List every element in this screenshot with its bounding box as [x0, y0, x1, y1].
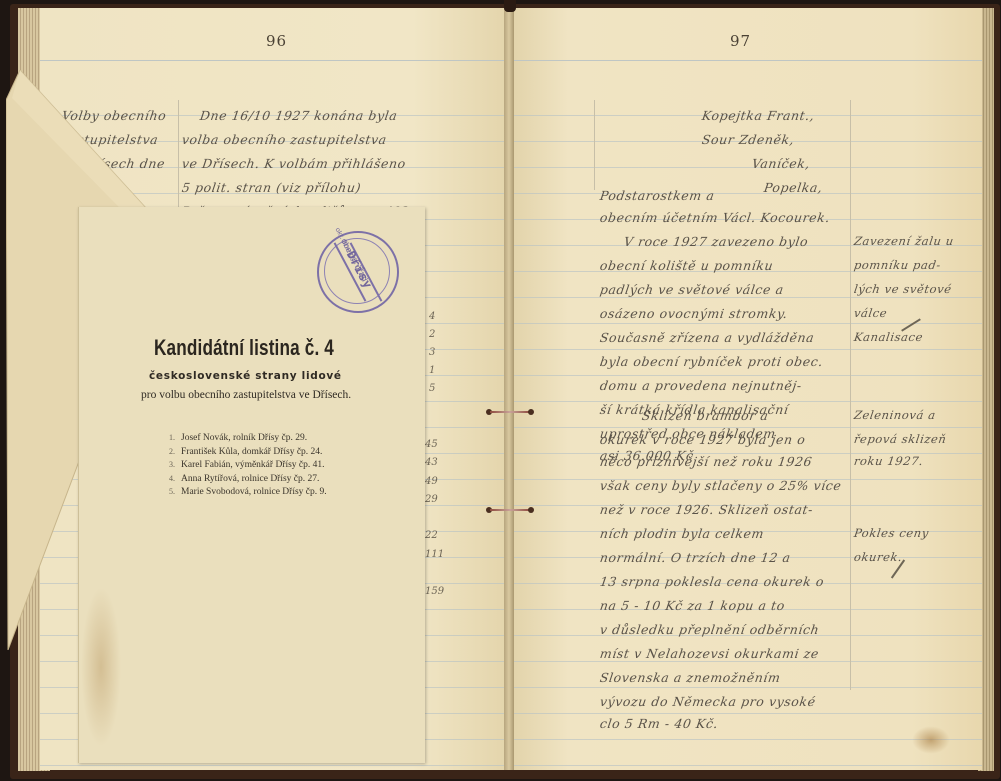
main-line: okurek v roce 1927 byla jen o — [599, 432, 807, 447]
side-note: Pokles ceny — [853, 526, 930, 540]
candidate-item: 3.Karel Fabián, výměnkář Dřísy čp. 41. — [169, 460, 327, 474]
main-line: vývozu do Německa pro vysoké — [599, 694, 817, 709]
column-number: 45 — [425, 439, 438, 450]
main-line: byla obecní rybníček proti obec. — [599, 354, 824, 369]
main-line: osázeno ovocnými stromky. — [599, 306, 789, 321]
main-line: v důsledku přeplnění odběrních — [599, 622, 820, 637]
main-line: Slovenska a znemožněním — [599, 670, 782, 685]
side-note: řepová sklizeň — [853, 432, 947, 446]
main-line: padlých ve světové válce a — [599, 282, 785, 297]
name-line: Vaníček, — [751, 156, 811, 171]
column-number: 1 — [429, 365, 435, 376]
candidate-item: 4.Anna Rytířová, rolnice Dřísy čp. 27. — [169, 474, 327, 488]
right-page: 97 Kopejtka Frant., Sour Zdeněk, Vaníček… — [512, 8, 982, 770]
main-line: domu a provedena nejnutněj- — [599, 378, 803, 393]
side-note: Zavezení žalu u — [853, 234, 955, 248]
page-number-left: 96 — [266, 32, 287, 50]
main-line: normální. O trzích dne 12 a — [599, 550, 792, 565]
candidate-list-leaflet: obecní úřad Dřísy okr. Brandýs n. L. Kan… — [78, 207, 425, 763]
candidate-item: 1.Josef Novák, rolník Dřísy čp. 29. — [169, 433, 327, 447]
binding-stitch — [486, 508, 534, 512]
column-number: 22 — [425, 530, 438, 541]
side-note: Zeleninová a — [853, 408, 937, 422]
name-line: Sour Zdeněk, — [701, 132, 795, 147]
main-line: Sklizeň brambor a — [641, 408, 770, 423]
column-number: 49 — [425, 476, 438, 487]
name-line: Kopejtka Frant., — [701, 108, 816, 123]
column-number: 43 — [425, 457, 438, 468]
main-line: však ceny byly stlačeny o 25% více — [599, 478, 843, 493]
book-spine — [504, 8, 514, 770]
column-number: 111 — [425, 549, 444, 560]
election-purpose: pro volbu obecního zastupitelstva ve Dří… — [141, 389, 351, 401]
main-line: míst v Nelahozevsi okurkami ze — [599, 646, 820, 661]
side-note: válce — [853, 306, 888, 320]
main-line: 13 srpna poklesla cena okurek o — [599, 574, 825, 589]
leaflet-title: Kandidátní listina č. 4 — [154, 335, 334, 361]
main-line: než v roce 1926. Sklizeň ostat- — [599, 502, 814, 517]
entry-line: 5 polit. stran (viz přílohu) — [181, 180, 362, 195]
stain — [912, 726, 950, 754]
side-note: lých ve světové — [853, 282, 953, 296]
entry-line: Dne 16/10 1927 konána byla — [199, 108, 399, 123]
column-number: 2 — [429, 329, 435, 340]
side-note: okurek. — [853, 550, 903, 564]
page-number-right: 97 — [730, 32, 751, 50]
side-note: roku 1927. — [853, 454, 924, 468]
main-line: V roce 1927 zavezeno bylo — [623, 234, 809, 249]
main-line: Podstarostkem a — [599, 188, 716, 203]
municipal-stamp: obecní úřad Dřísy okr. Brandýs n. L. — [317, 231, 399, 313]
column-number: 5 — [429, 383, 435, 394]
binding-stitch — [486, 410, 534, 414]
candidate-item: 5.Marie Svobodová, rolnice Dřísy čp. 9. — [169, 487, 327, 501]
main-line: obecní koliště u pomníku — [599, 258, 774, 273]
candidate-list: 1.Josef Novák, rolník Dřísy čp. 29. 2.Fr… — [169, 433, 327, 501]
column-number: 4 — [429, 311, 435, 322]
side-note-rule — [850, 100, 851, 690]
party-name: československé strany lidové — [149, 370, 342, 382]
main-line: obecním účetním Václ. Kocourek. — [599, 210, 831, 225]
main-line: Současně zřízena a vydlážděna — [599, 330, 815, 345]
side-note: Kanalisace — [853, 330, 924, 344]
main-line: něco příznivější než roku 1926 — [599, 454, 813, 469]
column-number: 3 — [429, 347, 435, 358]
name-line: Popelka, — [763, 180, 824, 195]
entry-line: volba obecního zastupitelstva — [181, 132, 388, 147]
main-line: ních plodin byla celkem — [599, 526, 765, 541]
main-line: na 5 - 10 Kč za 1 kopu a to — [599, 598, 786, 613]
side-note: pomníku pad- — [853, 258, 942, 272]
entry-line: ve Dřísech. K volbám přihlášeno — [181, 156, 407, 171]
candidate-item: 2.František Kůla, domkář Dřísy čp. 24. — [169, 447, 327, 461]
column-number: 29 — [425, 494, 438, 505]
main-line: clo 5 Rm - 40 Kč. — [599, 716, 719, 731]
column-number: 159 — [425, 586, 444, 597]
